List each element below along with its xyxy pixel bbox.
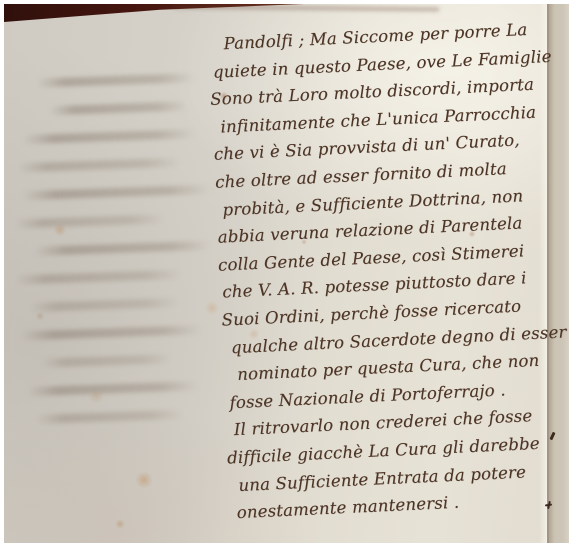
ghost-line: [22, 185, 212, 201]
ghost-line: [34, 241, 212, 256]
ghost-line: [41, 354, 171, 368]
bleedthrough-text: [8, 73, 226, 444]
ghost-line: [36, 73, 196, 88]
ghost-line: [15, 270, 183, 285]
manuscript-text: Pandolfi ; Ma Siccome per porre Laquiete…: [207, 15, 569, 527]
ghost-line: [17, 158, 182, 173]
manuscript-photo: Pandolfi ; Ma Siccome per porre Laquiete…: [4, 4, 569, 543]
cover-shadow-smudge: [174, 5, 439, 12]
ghost-line: [49, 101, 189, 115]
ghost-line: [30, 298, 180, 312]
ghost-line: [22, 129, 197, 144]
ghost-line: [21, 325, 203, 340]
ghost-line: [15, 214, 165, 228]
ghost-line: [35, 410, 183, 424]
ghost-line: [26, 381, 198, 396]
